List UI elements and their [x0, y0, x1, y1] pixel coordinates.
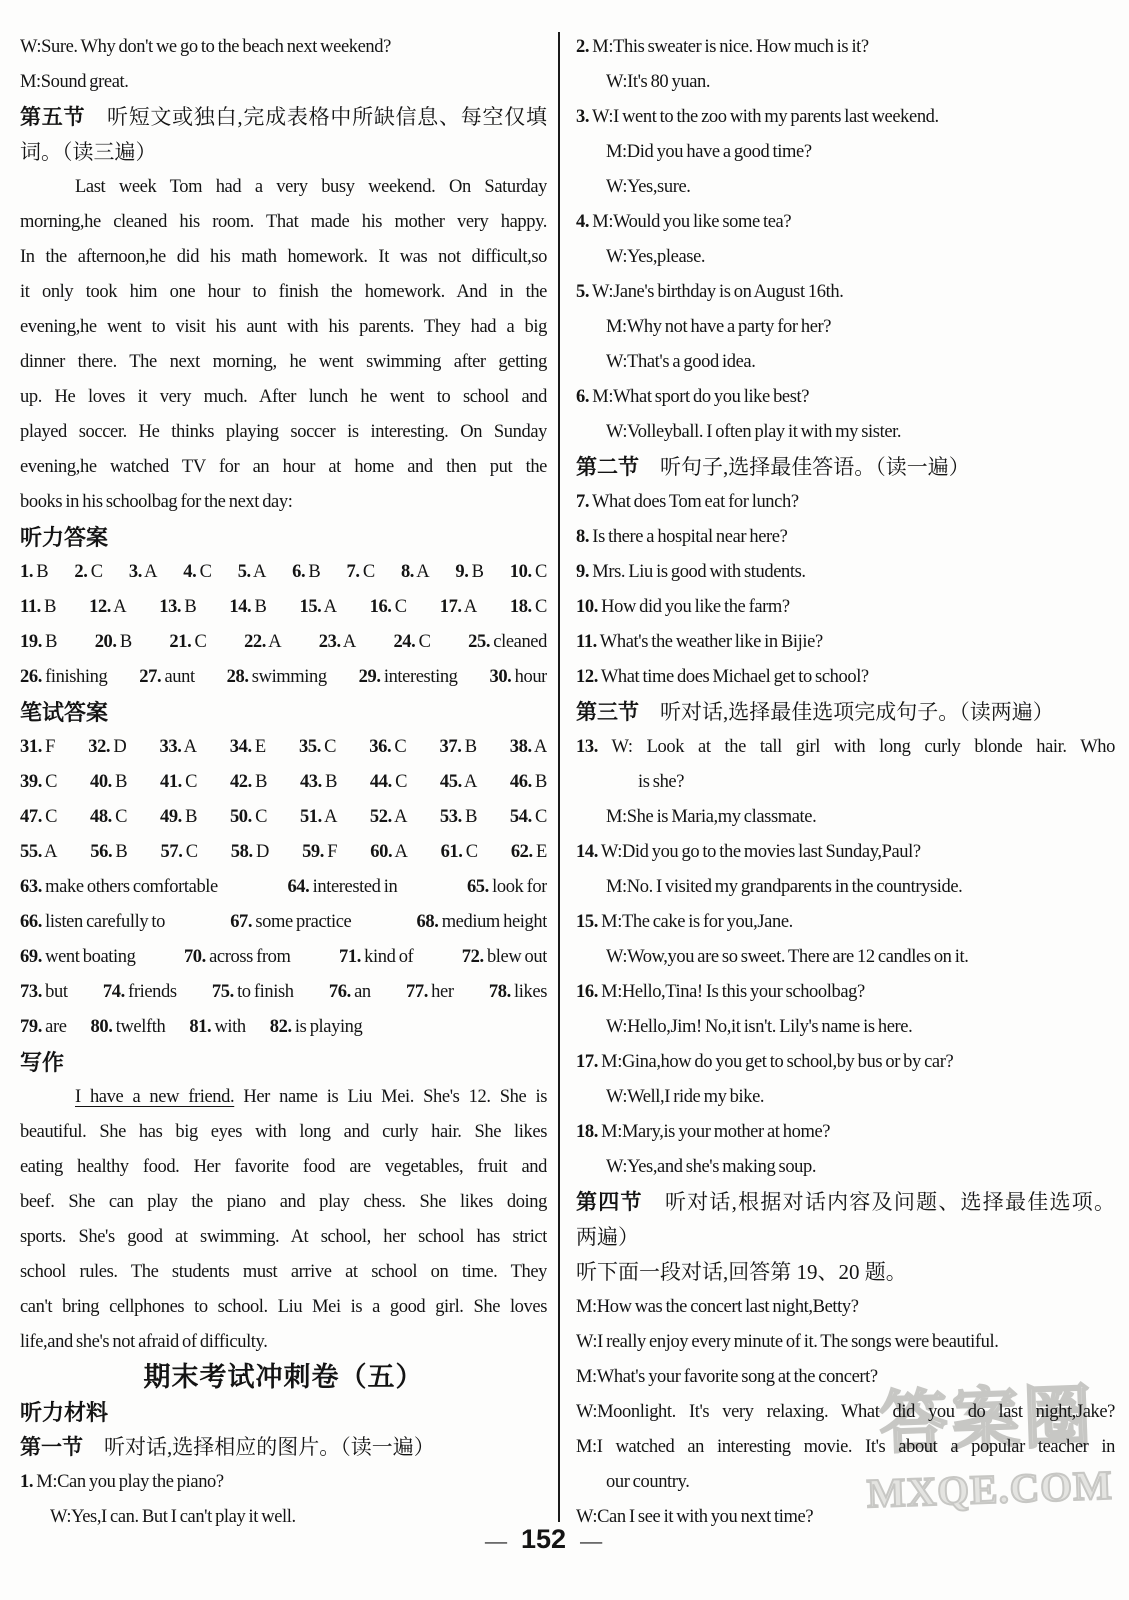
- answer-item: 34. E: [230, 730, 266, 765]
- text-segment: W:Yes,sure.: [606, 177, 691, 197]
- chinese-line: 听下面一段对话,回答第 19、20 题。: [576, 1255, 1115, 1290]
- answer-number: 58.: [231, 842, 253, 862]
- answer-item: 64. interested in: [287, 870, 397, 905]
- answer-item: 29. interesting: [359, 660, 458, 695]
- answer-item: 40. B: [90, 765, 127, 800]
- text-segment: M:Hello,Tina! Is this your schoolbag?: [598, 982, 865, 1002]
- dialogue-line: W:Wow,you are so sweet. There are 12 can…: [576, 940, 1115, 975]
- text-segment: 6.: [576, 387, 589, 407]
- dialogue-line: 5. W:Jane's birthday is on August 16th.: [576, 275, 1115, 310]
- answer-row: 39. C40. B41. C42. B43. B44. C45. A46. B: [20, 765, 547, 800]
- text-segment: M:What sport do you like best?: [589, 387, 809, 407]
- answer-item: 30. hour: [489, 660, 546, 695]
- answer-row: 79. are80. twelfth81. with82. is playing: [20, 1010, 547, 1045]
- dialogue-line: 7. What does Tom eat for lunch?: [576, 485, 1115, 520]
- text-segment: 2.: [576, 37, 589, 57]
- answer-number: 60.: [370, 842, 392, 862]
- paragraph-line: beef. She can play the piano and play ch…: [20, 1185, 547, 1220]
- section-heading: 第二节 听句子,选择最佳答语。（读一遍）: [576, 450, 1115, 485]
- answer-number: 46.: [510, 772, 532, 792]
- answer-number: 81.: [189, 1017, 211, 1037]
- text-segment: M:What's your favorite song at the conce…: [576, 1367, 878, 1387]
- paragraph-line: Last week Tom had a very busy weekend. O…: [20, 170, 547, 205]
- answer-item: 70. across from: [184, 940, 291, 975]
- answer-item: 18. C: [510, 590, 547, 625]
- answer-item: 20. B: [95, 625, 132, 660]
- text-segment: 18.: [576, 1122, 598, 1142]
- text-segment: played soccer. He thinks playing soccer …: [20, 422, 547, 442]
- paragraph-line: dinner there. The next morning, he went …: [20, 345, 547, 380]
- text-segment: 14.: [576, 842, 598, 862]
- answer-number: 14.: [229, 597, 251, 617]
- answer-number: 4.: [183, 562, 196, 582]
- exam-title: 期末考试冲刺卷（五）: [20, 1360, 547, 1395]
- answer-number: 31.: [20, 737, 42, 757]
- answer-number: 19.: [20, 632, 42, 652]
- text-segment: 17.: [576, 1052, 598, 1072]
- answer-item: 77. her: [406, 975, 454, 1010]
- text-segment: 13.: [576, 737, 598, 757]
- text-segment: I have a new friend.: [75, 1087, 234, 1107]
- footer-dash-left: —: [485, 1528, 507, 1553]
- paragraph-line: In the afternoon,he did his math homewor…: [20, 240, 547, 275]
- answer-number: 26.: [20, 667, 42, 687]
- answer-number: 39.: [20, 772, 42, 792]
- answer-number: 15.: [299, 597, 321, 617]
- answer-item: 62. E: [511, 835, 547, 870]
- dialogue-line: M:Why not have a party for her?: [576, 310, 1115, 345]
- answer-number: 56.: [90, 842, 112, 862]
- answer-number: 36.: [369, 737, 391, 757]
- text-segment: evening,he watched TV for an hour at hom…: [20, 457, 547, 477]
- answer-item: 46. B: [510, 765, 547, 800]
- dialogue-line: M:Sound great.: [20, 65, 547, 100]
- answer-item: 68. medium height: [417, 905, 547, 940]
- answer-item: 44. C: [370, 765, 407, 800]
- text-segment: W:Well,I ride my bike.: [606, 1087, 764, 1107]
- answer-number: 66.: [20, 912, 42, 932]
- answer-number: 73.: [20, 982, 42, 1002]
- answer-item: 17. A: [440, 590, 477, 625]
- dialogue-line: M:She is Maria,my classmate.: [576, 800, 1115, 835]
- dialogue-line: 10. How did you like the farm?: [576, 590, 1115, 625]
- answer-number: 44.: [370, 772, 392, 792]
- answer-number: 22.: [244, 632, 266, 652]
- dialogue-line: 9. Mrs. Liu is good with students.: [576, 555, 1115, 590]
- answer-item: 61. C: [441, 835, 478, 870]
- answer-item: 2. C: [74, 555, 102, 590]
- answer-number: 78.: [489, 982, 511, 1002]
- text-segment: 9.: [576, 562, 589, 582]
- text-segment: M:Why not have a party for her?: [606, 317, 831, 337]
- answer-number: 62.: [511, 842, 533, 862]
- text-segment: What's the weather like in Bijie?: [597, 632, 823, 652]
- right-column: 2. M:This sweater is nice. How much is i…: [576, 30, 1115, 1535]
- footer-dash-right: —: [580, 1528, 602, 1553]
- paragraph-line: up. He loves it very much. After lunch h…: [20, 380, 547, 415]
- answer-number: 64.: [287, 877, 309, 897]
- text-segment: W:It's 80 yuan.: [606, 72, 710, 92]
- answer-number: 1.: [20, 562, 33, 582]
- answer-number: 18.: [510, 597, 532, 617]
- text-segment: W:Can I see it with you next time?: [576, 1507, 813, 1527]
- answer-item: 82. is playing: [270, 1010, 363, 1045]
- answer-item: 13. B: [159, 590, 196, 625]
- answer-number: 42.: [230, 772, 252, 792]
- answer-number: 6.: [292, 562, 305, 582]
- answer-item: 32. D: [88, 730, 126, 765]
- text-segment: 听句子,选择最佳答语。（读一遍）: [639, 455, 970, 479]
- paragraph-line: eating healthy food. Her favorite food a…: [20, 1150, 547, 1185]
- text-segment: W:Wow,you are so sweet. There are 12 can…: [606, 947, 968, 967]
- text-segment: W:That's a good idea.: [606, 352, 755, 372]
- text-segment: 笔试答案: [20, 700, 108, 725]
- answer-number: 35.: [299, 737, 321, 757]
- answer-item: 47. C: [20, 800, 57, 835]
- dialogue-line: M:No. I visited my grandparents in the c…: [576, 870, 1115, 905]
- answer-item: 24. C: [393, 625, 430, 660]
- text-segment: 第五节: [20, 105, 85, 129]
- text-segment: it only took him one hour to finish the …: [20, 282, 547, 302]
- answer-number: 48.: [90, 807, 112, 827]
- section-heading: 第五节 听短文或独白,完成表格中所缺信息、每空仅填一: [20, 100, 547, 135]
- text-segment: 词。（读三遍）: [20, 140, 157, 164]
- text-segment: 10.: [576, 597, 598, 617]
- answer-number: 63.: [20, 877, 42, 897]
- dialogue-line: W:Moonlight. It's very relaxing. What di…: [576, 1395, 1115, 1430]
- answer-row: 63. make others comfortable64. intereste…: [20, 870, 547, 905]
- answer-number: 74.: [103, 982, 125, 1002]
- answer-item: 4. C: [183, 555, 211, 590]
- answer-item: 81. with: [189, 1010, 245, 1045]
- answer-number: 57.: [161, 842, 183, 862]
- dialogue-line: 14. W:Did you go to the movies last Sund…: [576, 835, 1115, 870]
- answer-item: 78. likes: [489, 975, 547, 1010]
- answer-row: 26. finishing27. aunt28. swimming29. int…: [20, 660, 547, 695]
- text-segment: Is there a hospital near here?: [589, 527, 787, 547]
- answer-number: 80.: [91, 1017, 113, 1037]
- dialogue-line: is she?: [576, 765, 1115, 800]
- text-segment: W:Volleyball. I often play it with my si…: [606, 422, 901, 442]
- answer-number: 38.: [510, 737, 532, 757]
- answer-number: 37.: [440, 737, 462, 757]
- text-segment: W:Sure. Why don't we go to the beach nex…: [20, 37, 391, 57]
- answer-row: 55. A56. B57. C58. D59. F60. A61. C62. E: [20, 835, 547, 870]
- dialogue-line: our country.: [576, 1465, 1115, 1500]
- page-number: 152: [521, 1524, 566, 1554]
- text-segment: can't bring cellphones to school. Liu Me…: [20, 1297, 547, 1317]
- text-segment: 听力材料: [20, 1400, 108, 1425]
- text-segment: 4.: [576, 212, 589, 232]
- paragraph-line: played soccer. He thinks playing soccer …: [20, 415, 547, 450]
- answer-number: 34.: [230, 737, 252, 757]
- text-segment: W:Moonlight. It's very relaxing. What di…: [576, 1402, 1115, 1422]
- answer-number: 10.: [510, 562, 532, 582]
- text-segment: M:Can you play the piano?: [33, 1472, 224, 1492]
- text-segment: W:Jane's birthday is on August 16th.: [589, 282, 843, 302]
- text-segment: life,and she's not afraid of difficulty.: [20, 1332, 267, 1352]
- text-segment: Mrs. Liu is good with students.: [589, 562, 806, 582]
- answer-item: 42. B: [230, 765, 267, 800]
- answer-item: 1. B: [20, 555, 48, 590]
- dialogue-line: W:Yes,and she's making soup.: [576, 1150, 1115, 1185]
- paragraph-line: it only took him one hour to finish the …: [20, 275, 547, 310]
- answer-item: 25. cleaned: [468, 625, 547, 660]
- text-segment: What does Tom eat for lunch?: [589, 492, 799, 512]
- answer-number: 61.: [441, 842, 463, 862]
- dialogue-line: W:Well,I ride my bike.: [576, 1080, 1115, 1115]
- dialogue-line: W:Sure. Why don't we go to the beach nex…: [20, 30, 547, 65]
- answer-number: 53.: [440, 807, 462, 827]
- answer-number: 75.: [212, 982, 234, 1002]
- answer-item: 26. finishing: [20, 660, 107, 695]
- answer-item: 41. C: [160, 765, 197, 800]
- dialogue-line: M:I watched an interesting movie. It's a…: [576, 1430, 1115, 1465]
- answer-item: 67. some practice: [230, 905, 351, 940]
- section-heading: 第三节 听对话,选择最佳选项完成句子。（读两遍）: [576, 695, 1115, 730]
- dialogue-line: W:Yes,I can. But I can't play it well.: [20, 1500, 547, 1535]
- text-segment: M:I watched an interesting movie. It's a…: [576, 1437, 1115, 1457]
- dialogue-line: W:I really enjoy every minute of it. The…: [576, 1325, 1115, 1360]
- answer-item: 79. are: [20, 1010, 67, 1045]
- answer-item: 7. C: [347, 555, 375, 590]
- text-segment: 期末考试冲刺卷（五）: [144, 1362, 424, 1392]
- paragraph-line: evening,he went to visit his aunt with h…: [20, 310, 547, 345]
- dialogue-line: M:Did you have a good time?: [576, 135, 1115, 170]
- text-segment: 写作: [20, 1050, 64, 1075]
- answer-item: 80. twelfth: [91, 1010, 166, 1045]
- answer-number: 30.: [489, 667, 511, 687]
- answer-number: 69.: [20, 947, 42, 967]
- answer-item: 55. A: [20, 835, 57, 870]
- text-segment: M:The cake is for you,Jane.: [598, 912, 793, 932]
- text-segment: 听力答案: [20, 525, 108, 550]
- answer-number: 23.: [319, 632, 341, 652]
- answer-item: 49. B: [160, 800, 197, 835]
- answer-number: 40.: [90, 772, 112, 792]
- dialogue-line: 18. M:Mary,is your mother at home?: [576, 1115, 1115, 1150]
- dialogue-line: 3. W:I went to the zoo with my parents l…: [576, 100, 1115, 135]
- answer-number: 82.: [270, 1017, 292, 1037]
- answer-item: 45. A: [440, 765, 477, 800]
- answer-number: 72.: [462, 947, 484, 967]
- dialogue-line: W:Volleyball. I often play it with my si…: [576, 415, 1115, 450]
- answer-item: 31. F: [20, 730, 55, 765]
- answer-item: 54. C: [510, 800, 547, 835]
- dialogue-line: 11. What's the weather like in Bijie?: [576, 625, 1115, 660]
- text-segment: W:I really enjoy every minute of it. The…: [576, 1332, 998, 1352]
- answer-item: 71. kind of: [339, 940, 413, 975]
- dialogue-line: 13. W: Look at the tall girl with long c…: [576, 730, 1115, 765]
- answer-number: 79.: [20, 1017, 42, 1037]
- answer-number: 11.: [20, 597, 41, 617]
- text-segment: 5.: [576, 282, 589, 302]
- page-footer: —152—: [478, 1524, 609, 1555]
- column-divider-line: [558, 32, 560, 1522]
- paragraph-line: school rules. The students must arrive a…: [20, 1255, 547, 1290]
- answer-item: 50. C: [230, 800, 267, 835]
- answer-item: 38. A: [510, 730, 547, 765]
- answer-row: 31. F32. D33. A34. E35. C36. C37. B38. A: [20, 730, 547, 765]
- answer-row: 47. C48. C49. B50. C51. A52. A53. B54. C: [20, 800, 547, 835]
- paragraph-line: life,and she's not afraid of difficulty.: [20, 1325, 547, 1360]
- answer-number: 70.: [184, 947, 206, 967]
- answer-row: 69. went boating70. across from71. kind …: [20, 940, 547, 975]
- text-segment: 1.: [20, 1472, 33, 1492]
- dialogue-line: M:What's your favorite song at the conce…: [576, 1360, 1115, 1395]
- answer-item: 52. A: [370, 800, 407, 835]
- paragraph-line: I have a new friend. Her name is Liu Mei…: [20, 1080, 547, 1115]
- answer-item: 9. B: [455, 555, 483, 590]
- answer-item: 15. A: [299, 590, 336, 625]
- text-segment: up. He loves it very much. After lunch h…: [20, 387, 547, 407]
- text-segment: morning,he cleaned his room. That made h…: [20, 212, 547, 232]
- dialogue-line: 12. What time does Michael get to school…: [576, 660, 1115, 695]
- answer-item: 21. C: [169, 625, 206, 660]
- answer-item: 5. A: [238, 555, 266, 590]
- text-segment: 听对话,选择最佳选项完成句子。（读两遍）: [639, 700, 1054, 724]
- answer-item: 59. F: [302, 835, 337, 870]
- answer-row: 11. B12. A13. B14. B15. A16. C17. A18. C: [20, 590, 547, 625]
- answer-number: 21.: [169, 632, 191, 652]
- answer-number: 47.: [20, 807, 42, 827]
- text-segment: W:Yes,I can. But I can't play it well.: [50, 1507, 296, 1527]
- answer-number: 76.: [329, 982, 351, 1002]
- section-heading-cont: 词。（读三遍）: [20, 135, 547, 170]
- answer-number: 71.: [339, 947, 361, 967]
- answers-heading: 写作: [20, 1045, 547, 1080]
- answer-number: 8.: [401, 562, 414, 582]
- text-segment: M:Mary,is your mother at home?: [598, 1122, 830, 1142]
- answer-number: 13.: [159, 597, 181, 617]
- answer-item: 58. D: [231, 835, 269, 870]
- paragraph-line: morning,he cleaned his room. That made h…: [20, 205, 547, 240]
- answer-item: 6. B: [292, 555, 320, 590]
- text-segment: M:Would you like some tea?: [589, 212, 791, 232]
- answer-number: 41.: [160, 772, 182, 792]
- paragraph-line: can't bring cellphones to school. Liu Me…: [20, 1290, 547, 1325]
- text-segment: books in his schoolbag for the next day:: [20, 492, 292, 512]
- text-segment: W:Hello,Jim! No,it isn't. Lily's name is…: [606, 1017, 912, 1037]
- answer-row: 1. B2. C3. A4. C5. A6. B7. C8. A9. B10. …: [20, 555, 547, 590]
- paragraph-line: sports. She's good at swimming. At schoo…: [20, 1220, 547, 1255]
- answer-item: 3. A: [129, 555, 157, 590]
- answer-row: 73. but74. friends75. to finish76. an77.…: [20, 975, 547, 1010]
- answer-item: 63. make others comfortable: [20, 870, 218, 905]
- dialogue-line: 16. M:Hello,Tina! Is this your schoolbag…: [576, 975, 1115, 1010]
- text-segment: 听下面一段对话,回答第 19、20 题。: [576, 1260, 907, 1284]
- dialogue-line: 2. M:This sweater is nice. How much is i…: [576, 30, 1115, 65]
- answer-item: 66. listen carefully to: [20, 905, 165, 940]
- text-segment: M:This sweater is nice. How much is it?: [589, 37, 869, 57]
- text-segment: M:She is Maria,my classmate.: [606, 807, 816, 827]
- answer-item: 23. A: [319, 625, 356, 660]
- text-segment: is she?: [638, 772, 684, 792]
- text-segment: W:Yes,and she's making soup.: [606, 1157, 816, 1177]
- answer-number: 67.: [230, 912, 252, 932]
- dialogue-line: W:Yes,sure.: [576, 170, 1115, 205]
- answer-item: 56. B: [90, 835, 127, 870]
- dialogue-line: 4. M:Would you like some tea?: [576, 205, 1115, 240]
- answer-item: 14. B: [229, 590, 266, 625]
- answer-item: 60. A: [370, 835, 407, 870]
- answer-number: 9.: [455, 562, 468, 582]
- answer-item: 53. B: [440, 800, 477, 835]
- answer-item: 48. C: [90, 800, 127, 835]
- answer-number: 59.: [302, 842, 324, 862]
- dialogue-line: W:That's a good idea.: [576, 345, 1115, 380]
- dialogue-line: W:Yes,please.: [576, 240, 1115, 275]
- answers-heading: 听力材料: [20, 1395, 547, 1430]
- answer-item: 37. B: [440, 730, 477, 765]
- answer-number: 28.: [227, 667, 249, 687]
- answer-item: 39. C: [20, 765, 57, 800]
- dialogue-line: 8. Is there a hospital near here?: [576, 520, 1115, 555]
- text-segment: beautiful. She has big eyes with long an…: [20, 1122, 547, 1142]
- answer-item: 19. B: [20, 625, 57, 660]
- text-segment: our country.: [606, 1472, 689, 1492]
- answer-number: 29.: [359, 667, 381, 687]
- text-segment: W: Look at the tall girl with long curly…: [598, 737, 1115, 757]
- dialogue-line: W:Can I see it with you next time?: [576, 1500, 1115, 1535]
- text-segment: school rules. The students must arrive a…: [20, 1262, 547, 1282]
- answer-item: 73. but: [20, 975, 68, 1010]
- answer-item: 65. look for: [467, 870, 547, 905]
- text-segment: M:Gina,how do you get to school,by bus o…: [598, 1052, 953, 1072]
- text-segment: 7.: [576, 492, 589, 512]
- answer-number: 3.: [129, 562, 142, 582]
- text-segment: How did you like the farm?: [598, 597, 790, 617]
- answer-number: 24.: [393, 632, 415, 652]
- text-segment: 听对话,选择相应的图片。（读一遍）: [83, 1435, 435, 1459]
- section-heading-cont: 两遍）: [576, 1220, 1115, 1255]
- section-heading: 第一节 听对话,选择相应的图片。（读一遍）: [20, 1430, 547, 1465]
- text-segment: 8.: [576, 527, 589, 547]
- answer-item: 11. B: [20, 590, 56, 625]
- answer-number: 17.: [440, 597, 462, 617]
- answer-number: 50.: [230, 807, 252, 827]
- left-column: W:Sure. Why don't we go to the beach nex…: [20, 30, 547, 1535]
- text-segment: 听对话,根据对话内容及问题、选择最佳选项。（读: [576, 1190, 1115, 1220]
- text-segment: sports. She's good at swimming. At schoo…: [20, 1227, 547, 1247]
- text-segment: M:Sound great.: [20, 72, 129, 92]
- answer-number: 51.: [300, 807, 322, 827]
- text-segment: 12.: [576, 667, 598, 687]
- dialogue-line: 15. M:The cake is for you,Jane.: [576, 905, 1115, 940]
- answer-number: 54.: [510, 807, 532, 827]
- text-segment: M:How was the concert last night,Betty?: [576, 1297, 859, 1317]
- answer-number: 2.: [74, 562, 87, 582]
- answer-item: 74. friends: [103, 975, 177, 1010]
- answers-heading: 笔试答案: [20, 695, 547, 730]
- answers-heading: 听力答案: [20, 520, 547, 555]
- text-segment: What time does Michael get to school?: [598, 667, 869, 687]
- text-segment: Her name is Liu Mei. She's 12. She is: [234, 1087, 547, 1107]
- text-segment: 第二节: [576, 455, 639, 479]
- answer-item: 43. B: [300, 765, 337, 800]
- text-segment: 11.: [576, 632, 597, 652]
- answer-row: 66. listen carefully to67. some practice…: [20, 905, 547, 940]
- answer-item: 72. blew out: [462, 940, 547, 975]
- text-segment: 16.: [576, 982, 598, 1002]
- answer-number: 33.: [160, 737, 182, 757]
- text-segment: eating healthy food. Her favorite food a…: [20, 1157, 547, 1177]
- text-segment: 听短文或独白,完成表格中所缺信息、每空仅填一: [20, 105, 547, 135]
- text-segment: dinner there. The next morning, he went …: [20, 352, 547, 372]
- dialogue-line: W:Hello,Jim! No,it isn't. Lily's name is…: [576, 1010, 1115, 1045]
- answer-item: 69. went boating: [20, 940, 135, 975]
- answer-number: 25.: [468, 632, 490, 652]
